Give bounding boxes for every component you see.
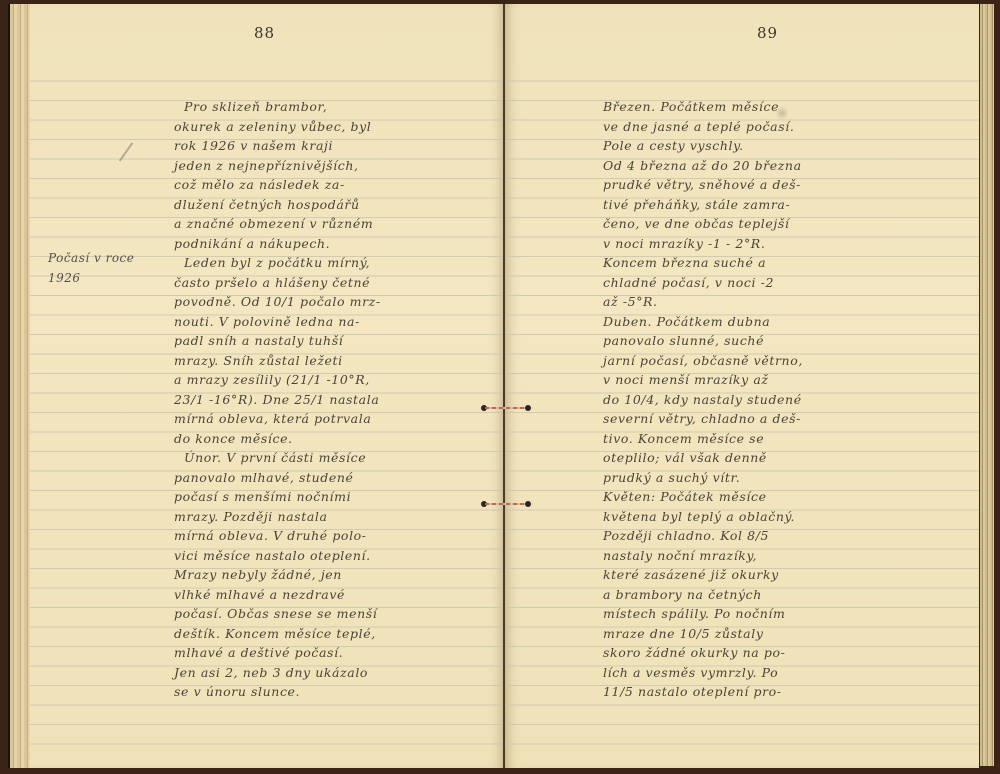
text-line: mírná obleva, která potrvala xyxy=(174,409,381,429)
text-line: ve dne jasné a teplé počasí. xyxy=(603,117,803,137)
text-line: skoro žádné okurky na po- xyxy=(603,643,803,663)
text-line: vici měsíce nastalo oteplení. xyxy=(174,546,381,566)
text-line: Březen. Počátkem měsíce xyxy=(603,97,803,117)
text-line: květena byl teplý a oblačný. xyxy=(603,507,803,527)
text-line: prudký a suchý vítr. xyxy=(603,468,803,488)
text-line: 23/1 -16°R). Dne 25/1 nastala xyxy=(174,390,381,410)
text-line: čeno, ve dne občas teplejší xyxy=(603,214,803,234)
text-line: lích a vesměs vymrzly. Po xyxy=(603,663,803,683)
page-number-right: 89 xyxy=(757,24,778,42)
text-line: okurek a zeleniny vůbec, byl xyxy=(174,117,381,137)
text-line: Leden byl z počátku mírný, xyxy=(174,253,381,273)
text-line: mrazy. Později nastala xyxy=(174,507,381,527)
text-line: a značné obmezení v různém xyxy=(174,214,381,234)
page-number-left: 88 xyxy=(254,24,275,42)
text-line: v noci menší mrazíky až xyxy=(603,370,803,390)
text-line: místech spálily. Po nočním xyxy=(603,604,803,624)
left-page: 88 Počasí v roce 1926 Pro sklizeň brambo… xyxy=(30,4,504,768)
text-line: panovalo slunné, suché xyxy=(603,331,803,351)
handwritten-text-right: Březen. Počátkem měsíce ve dne jasné a t… xyxy=(603,97,803,702)
text-line: 11/5 nastalo oteplení pro- xyxy=(603,682,803,702)
text-line: Květen: Počátek měsíce xyxy=(603,487,803,507)
text-line: Od 4 března až do 20 března xyxy=(603,156,803,176)
text-line: jarní počasí, občasně větrno, xyxy=(603,351,803,371)
text-line: v noci mrazíky -1 - 2°R. xyxy=(603,234,803,254)
right-page-edges xyxy=(980,4,994,766)
text-line: do konce měsíce. xyxy=(174,429,381,449)
binding-stitch-top xyxy=(481,404,531,412)
right-page: 89 Březen. Počátkem měsíce ve dne jasné … xyxy=(505,4,979,768)
text-line: tivé přeháňky, stále zamra- xyxy=(603,195,803,215)
text-line: jeden z nejnepříznivějších, xyxy=(174,156,381,176)
text-line: až -5°R. xyxy=(603,292,803,312)
margin-note-line: Počasí v roce xyxy=(48,249,134,269)
stitch-hole xyxy=(525,501,531,507)
binding-thread xyxy=(485,407,527,409)
margin-note: Počasí v roce 1926 xyxy=(48,249,134,288)
text-line: Duben. Počátkem dubna xyxy=(603,312,803,332)
binding-stitch-bottom xyxy=(481,500,531,508)
text-line: počasí. Občas snese se menší xyxy=(174,604,381,624)
text-line: podnikání a nákupech. xyxy=(174,234,381,254)
text-line: a mrazy zesílily (21/1 -10°R, xyxy=(174,370,381,390)
text-line: mrazy. Sníh zůstal ležeti xyxy=(174,351,381,371)
text-line: Později chladno. Kol 8/5 xyxy=(603,526,803,546)
text-line: chladné počasí, v noci -2 xyxy=(603,273,803,293)
stitch-hole xyxy=(525,405,531,411)
text-line: panovalo mlhavé, studené xyxy=(174,468,381,488)
text-line: Mrazy nebyly žádné, jen xyxy=(174,565,381,585)
text-line: Pro sklizeň brambor, xyxy=(174,97,381,117)
text-line: oteplilo; vál však denně xyxy=(603,448,803,468)
text-line: Pole a cesty vyschly. xyxy=(603,136,803,156)
text-line: a brambory na četných xyxy=(603,585,803,605)
text-line: což mělo za následek za- xyxy=(174,175,381,195)
text-line: Koncem března suché a xyxy=(603,253,803,273)
text-line: deštík. Koncem měsíce teplé, xyxy=(174,624,381,644)
text-line: nouti. V polovině ledna na- xyxy=(174,312,381,332)
text-line: povodně. Od 10/1 počalo mrz- xyxy=(174,292,381,312)
text-line: počasí s menšími nočními xyxy=(174,487,381,507)
binding-thread xyxy=(485,503,527,505)
text-line: severní větry, chladno a deš- xyxy=(603,409,803,429)
text-line: Únor. V první části měsíce xyxy=(174,448,381,468)
text-line: mlhavé a deštivé počasí. xyxy=(174,643,381,663)
text-line: do 10/4, kdy nastaly studené xyxy=(603,390,803,410)
margin-note-line: 1926 xyxy=(48,269,134,289)
handwritten-text-left: Pro sklizeň brambor, okurek a zeleniny v… xyxy=(174,97,381,702)
text-line: které zasázené již okurky xyxy=(603,565,803,585)
notebook-spread: 88 Počasí v roce 1926 Pro sklizeň brambo… xyxy=(0,0,1000,774)
text-line: rok 1926 v našem kraji xyxy=(174,136,381,156)
text-line: padl sníh a nastaly tuhší xyxy=(174,331,381,351)
text-line: nastaly noční mrazíky, xyxy=(603,546,803,566)
text-line: se v únoru slunce. xyxy=(174,682,381,702)
text-line: často pršelo a hlášeny četné xyxy=(174,273,381,293)
text-line: vlhké mlhavé a nezdravé xyxy=(174,585,381,605)
text-line: mraze dne 10/5 zůstaly xyxy=(603,624,803,644)
text-line: tivo. Koncem měsíce se xyxy=(603,429,803,449)
text-line: mírná obleva. V druhé polo- xyxy=(174,526,381,546)
text-line: prudké větry, sněhové a deš- xyxy=(603,175,803,195)
text-line: Jen asi 2, neb 3 dny ukázalo xyxy=(174,663,381,683)
text-line: dlužení četných hospodářů xyxy=(174,195,381,215)
